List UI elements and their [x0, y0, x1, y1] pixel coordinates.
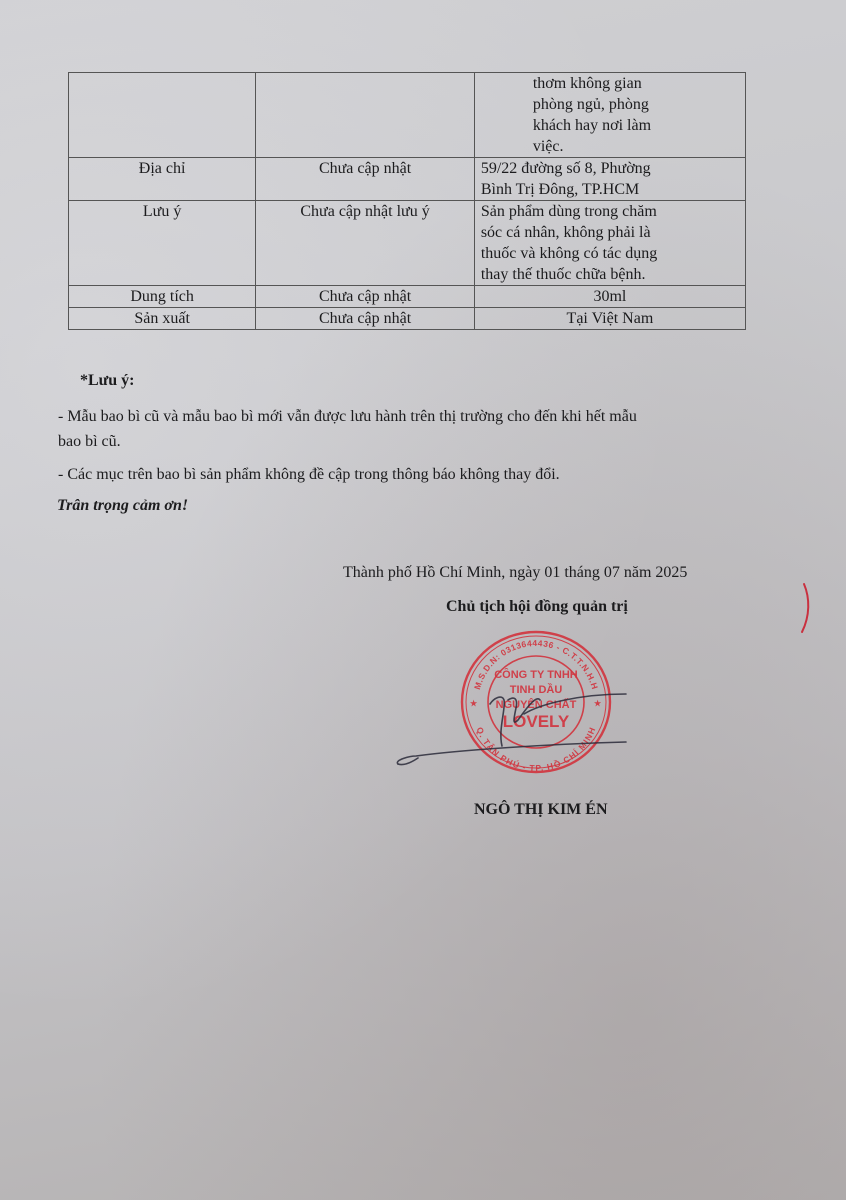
cell-current-value: Chưa cập nhật — [256, 308, 475, 330]
cell-new-value: Sản phẩm dùng trong chămsóc cá nhân, khô… — [474, 201, 745, 286]
note-item-1: - Mẫu bao bì cũ và mẫu bao bì mới vẫn đư… — [58, 405, 758, 429]
cell-label — [69, 73, 256, 158]
note-item-2: - Các mục trên bao bì sản phẩm không đề … — [58, 463, 758, 487]
table-row: thơm không gianphòng ngủ, phòngkhách hay… — [69, 73, 746, 158]
signer-name: NGÔ THỊ KIM ÉN — [474, 801, 608, 819]
handwritten-signature — [390, 660, 650, 770]
cell-new-value: 59/22 đường số 8, PhườngBình Trị Đông, T… — [474, 158, 745, 201]
signer-position: Chủ tịch hội đồng quản trị — [446, 598, 628, 616]
product-change-table: thơm không gianphòng ngủ, phòngkhách hay… — [68, 72, 746, 330]
cell-new-value: 30ml — [474, 286, 745, 308]
cell-current-value: Chưa cập nhật — [256, 286, 475, 308]
cell-label: Sản xuất — [69, 308, 256, 330]
cell-label: Lưu ý — [69, 201, 256, 286]
red-pen-mark — [798, 582, 814, 634]
table-row: Dung tíchChưa cập nhật30ml — [69, 286, 746, 308]
closing-thanks: Trân trọng cảm ơn! — [57, 497, 188, 515]
cell-current-value — [256, 73, 475, 158]
table-row: Địa chỉChưa cập nhật59/22 đường số 8, Ph… — [69, 158, 746, 201]
note-item-1-continued: bao bì cũ. — [58, 430, 758, 454]
table-row: Sản xuấtChưa cập nhậtTại Việt Nam — [69, 308, 746, 330]
cell-current-value: Chưa cập nhật lưu ý — [256, 201, 475, 286]
cell-new-value: Tại Việt Nam — [474, 308, 745, 330]
cell-current-value: Chưa cập nhật — [256, 158, 475, 201]
notes-title: *Lưu ý: — [80, 372, 135, 390]
cell-label: Dung tích — [69, 286, 256, 308]
date-line: Thành phố Hồ Chí Minh, ngày 01 tháng 07 … — [343, 564, 687, 582]
cell-label: Địa chỉ — [69, 158, 256, 201]
cell-new-value: thơm không gianphòng ngủ, phòngkhách hay… — [474, 73, 745, 158]
document-page: thơm không gianphòng ngủ, phòngkhách hay… — [0, 0, 846, 1200]
table-row: Lưu ýChưa cập nhật lưu ýSản phẩm dùng tr… — [69, 201, 746, 286]
